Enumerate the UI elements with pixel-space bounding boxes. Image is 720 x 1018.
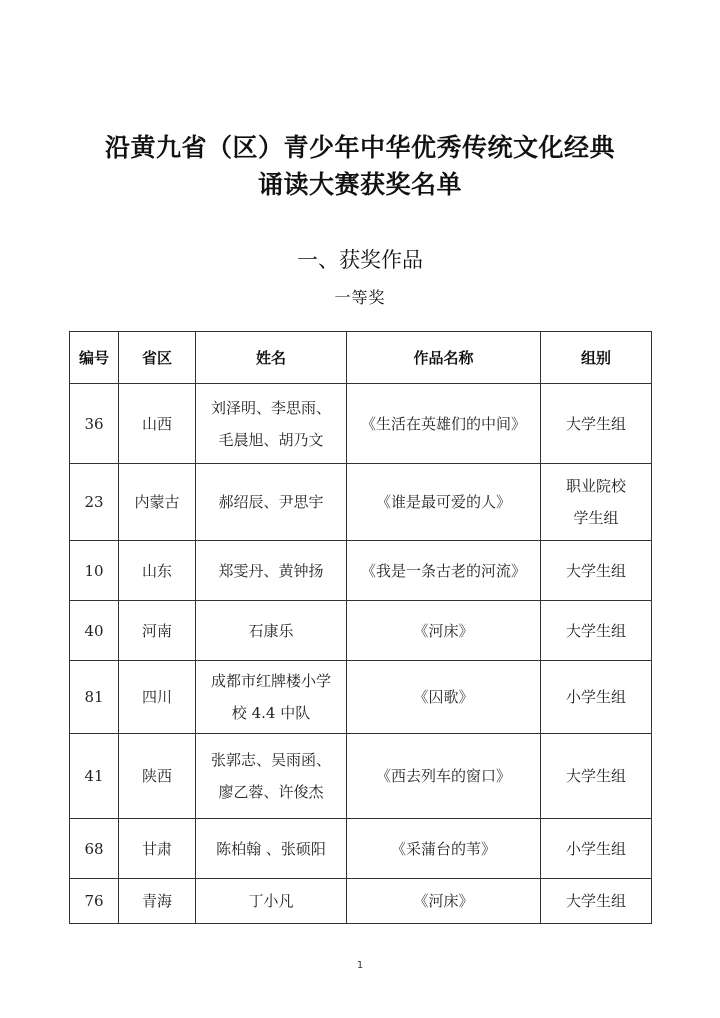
cell-id: 81 [70,661,119,734]
cell-names-line: 成都市红牌楼小学 [200,665,342,697]
cell-id: 41 [70,734,119,819]
cell-names: 郑雯丹、黄钟扬 [196,541,347,601]
table-header-row: 编号 省区 姓名 作品名称 组别 [70,332,652,384]
cell-work: 《谁是最可爱的人》 [347,464,541,541]
cell-province: 陕西 [119,734,196,819]
table-row: 23内蒙古郝绍辰、尹思宇《谁是最可爱的人》职业院校学生组 [70,464,652,541]
cell-province: 青海 [119,879,196,924]
header-id: 编号 [70,332,119,384]
cell-names-line: 毛晨旭、胡乃文 [200,424,342,456]
cell-group: 大学生组 [541,541,652,601]
document-title-line2: 诵读大赛获奖名单 [0,165,720,201]
table-row: 40河南石康乐《河床》大学生组 [70,601,652,661]
cell-group: 小学生组 [541,661,652,734]
cell-work: 《囚歌》 [347,661,541,734]
cell-names-line: 刘泽明、李思雨、 [200,392,342,424]
cell-group: 小学生组 [541,819,652,879]
cell-names: 丁小凡 [196,879,347,924]
cell-work: 《河床》 [347,601,541,661]
awards-table: 编号 省区 姓名 作品名称 组别 36山西刘泽明、李思雨、毛晨旭、胡乃文《生活在… [69,331,652,924]
cell-work: 《采蒲台的苇》 [347,819,541,879]
cell-names: 张郭志、吴雨函、廖乙蓉、许俊杰 [196,734,347,819]
cell-names-line: 丁小凡 [200,885,342,917]
cell-group: 大学生组 [541,384,652,464]
cell-group-line: 小学生组 [545,681,647,713]
cell-work: 《西去列车的窗口》 [347,734,541,819]
document-title-line1: 沿黄九省（区）青少年中华优秀传统文化经典 [0,128,720,164]
cell-group: 大学生组 [541,879,652,924]
table-row: 10山东郑雯丹、黄钟扬《我是一条古老的河流》大学生组 [70,541,652,601]
cell-names-line: 廖乙蓉、许俊杰 [200,776,342,808]
cell-names: 郝绍辰、尹思宇 [196,464,347,541]
table-row: 76青海丁小凡《河床》大学生组 [70,879,652,924]
cell-names: 成都市红牌楼小学校 4.4 中队 [196,661,347,734]
table-row: 81四川成都市红牌楼小学校 4.4 中队《囚歌》小学生组 [70,661,652,734]
cell-names: 刘泽明、李思雨、毛晨旭、胡乃文 [196,384,347,464]
table-row: 41陕西张郭志、吴雨函、廖乙蓉、许俊杰《西去列车的窗口》大学生组 [70,734,652,819]
cell-id: 23 [70,464,119,541]
section-heading: 一、获奖作品 [0,244,720,274]
cell-group-line: 大学生组 [545,555,647,587]
cell-work: 《我是一条古老的河流》 [347,541,541,601]
cell-province: 山东 [119,541,196,601]
cell-group: 大学生组 [541,601,652,661]
header-province: 省区 [119,332,196,384]
cell-names: 陈柏翰 、张硕阳 [196,819,347,879]
cell-names-line: 校 4.4 中队 [200,697,342,729]
cell-group: 职业院校学生组 [541,464,652,541]
cell-group-line: 大学生组 [545,615,647,647]
table-row: 36山西刘泽明、李思雨、毛晨旭、胡乃文《生活在英雄们的中间》大学生组 [70,384,652,464]
cell-id: 10 [70,541,119,601]
cell-id: 36 [70,384,119,464]
cell-names: 石康乐 [196,601,347,661]
cell-group-line: 学生组 [545,502,647,534]
cell-province: 四川 [119,661,196,734]
cell-group-line: 小学生组 [545,833,647,865]
cell-province: 甘肃 [119,819,196,879]
cell-group-line: 大学生组 [545,885,647,917]
award-level-heading: 一等奖 [0,285,720,308]
cell-names-line: 郝绍辰、尹思宇 [200,486,342,518]
cell-work: 《河床》 [347,879,541,924]
table-row: 68甘肃陈柏翰 、张硕阳《采蒲台的苇》小学生组 [70,819,652,879]
cell-group-line: 大学生组 [545,408,647,440]
header-work: 作品名称 [347,332,541,384]
cell-group-line: 大学生组 [545,760,647,792]
cell-id: 40 [70,601,119,661]
header-names: 姓名 [196,332,347,384]
cell-id: 68 [70,819,119,879]
cell-names-line: 石康乐 [200,615,342,647]
cell-names-line: 陈柏翰 、张硕阳 [200,833,342,865]
cell-names-line: 张郭志、吴雨函、 [200,744,342,776]
cell-group-line: 职业院校 [545,470,647,502]
cell-id: 76 [70,879,119,924]
cell-province: 内蒙古 [119,464,196,541]
cell-work: 《生活在英雄们的中间》 [347,384,541,464]
header-group: 组别 [541,332,652,384]
cell-province: 山西 [119,384,196,464]
cell-names-line: 郑雯丹、黄钟扬 [200,555,342,587]
cell-province: 河南 [119,601,196,661]
page-number: 1 [0,960,720,971]
cell-group: 大学生组 [541,734,652,819]
